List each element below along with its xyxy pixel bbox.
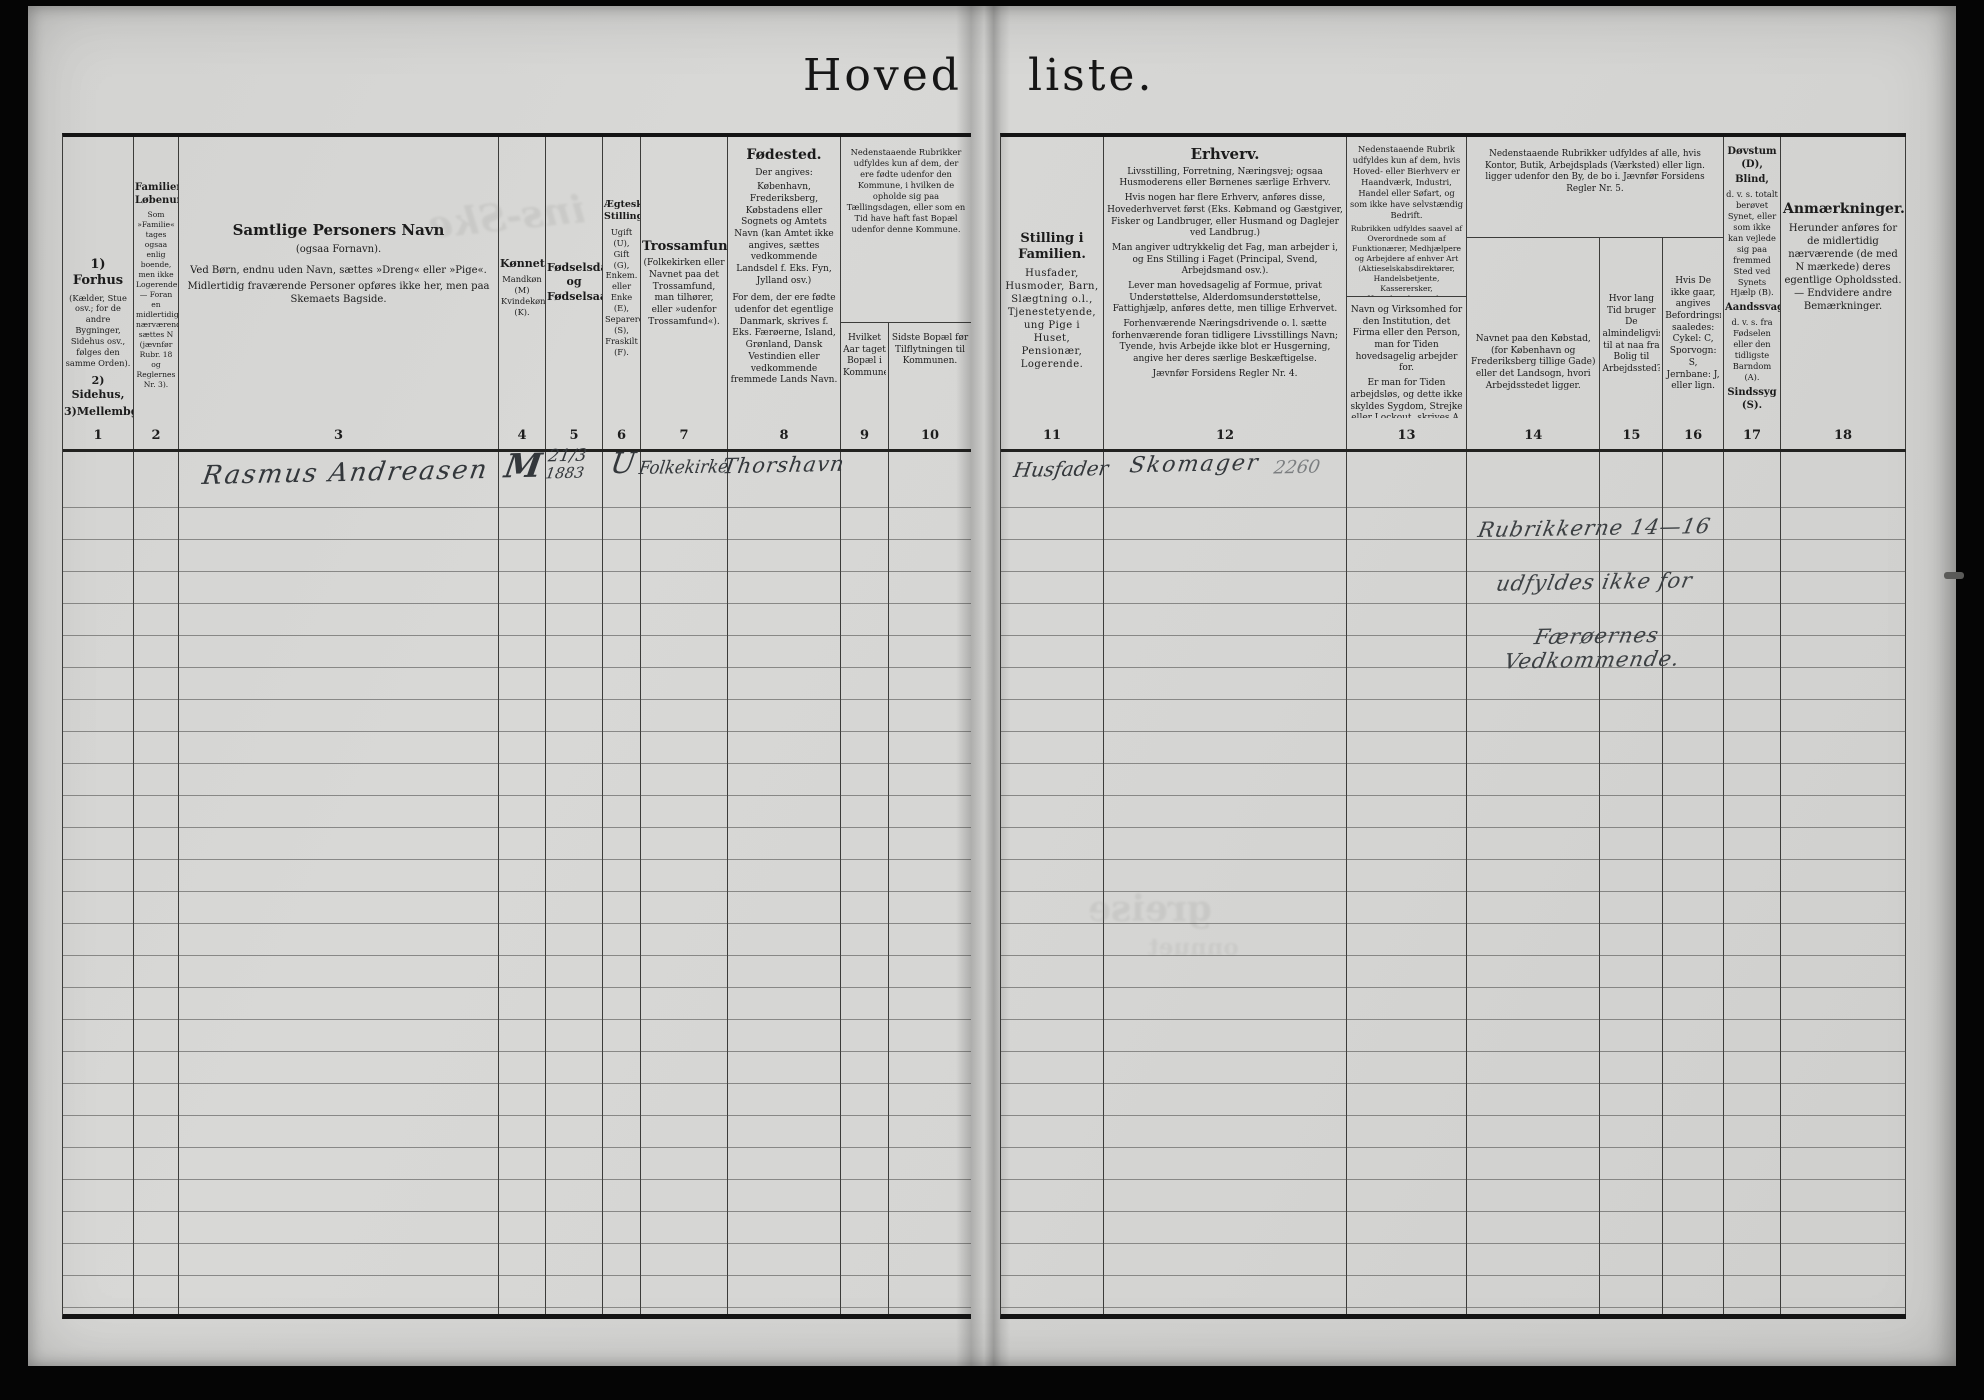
col17-t2: Blind, [1725, 173, 1779, 186]
col7-text: (Folkekirken eller Navnet paa det Trossa… [643, 258, 725, 328]
group-14-16-shared-header: Nedenstaaende Rubrikker udfyldes af alle… [1467, 137, 1723, 238]
column-9: Hvilket Aar taget Bopæl i Kommunen? 9 [841, 323, 889, 1314]
right-page-table: Stilling i Familien. Husfader, Husmoder,… [1000, 133, 1906, 1319]
column-number-2: 2 [134, 418, 178, 452]
column-1-forhus: 1) Forhus (Kælder, Stue osv.; for de and… [63, 137, 134, 1314]
col7-title: Trossamfund [642, 239, 726, 255]
column-number-7: 7 [641, 418, 727, 452]
col13-bottom1: Navn og Virksomhed for den Institution, … [1349, 305, 1464, 375]
col5-title: Fødselsdag og Fødselsaar. [547, 261, 601, 304]
col12-title: Erhverv. [1106, 145, 1344, 164]
col17-b1: d. v. s. totalt berøvet Synet, eller som… [1726, 189, 1778, 298]
column-14: Navnet paa den Købstad, (for København o… [1467, 238, 1600, 1314]
column-4-konnet: Kønnet Mandkøn (M) Kvindekøn (K). 4 [499, 137, 546, 1314]
column-8-fodested: Fødested. Der angives: København, Freder… [728, 137, 841, 1314]
column-number-17: 17 [1724, 418, 1780, 452]
column-header-3: Samtlige Personers Navn (ogsaa Fornavn).… [179, 137, 498, 418]
column-2-lobenumre: Familiernes Løbenumre. Som »Familie« tag… [134, 137, 179, 1314]
col8-text2: For dem, der ere fødte udenfor det egent… [730, 293, 838, 387]
entry-family-position-handwriting: Husfader [1012, 456, 1110, 482]
column-number-10: 10 [889, 418, 971, 452]
column-16: Hvis De ikke gaar, angives Befordringsmi… [1663, 238, 1723, 1314]
col13-top2: Rubrikken udfyldes saavel af Overordnede… [1349, 224, 1464, 297]
column-number-12: 12 [1104, 418, 1346, 452]
entry-religion-handwriting: Folkekirke [637, 456, 729, 479]
column-15: Hvor lang Tid bruger De almindeligvis ti… [1600, 238, 1663, 1314]
entry-pencil-number: 2260 [1272, 457, 1321, 479]
col17-t1: Døvstum (D), [1725, 145, 1779, 171]
column-number-11: 11 [1001, 418, 1103, 452]
column-header-13: Nedenstaaende Rubrik udfyldes kun af dem… [1347, 137, 1466, 418]
column-number-18: 18 [1781, 418, 1905, 452]
column-13-arbejdsgiver: Nedenstaaende Rubrik udfyldes kun af dem… [1347, 137, 1467, 1314]
col4-text: Mandkøn (M) Kvindekøn (K). [501, 274, 543, 318]
entry-birth-year: 1883 [544, 466, 585, 482]
column-number-13: 13 [1347, 418, 1466, 452]
column-5-fodselsdag: Fødselsdag og Fødselsaar. 5 [546, 137, 603, 1314]
column-header-14: Navnet paa den Købstad, (for København o… [1471, 238, 1595, 418]
entry-birthdate-handwriting: 21/3 1883 [544, 448, 587, 482]
col12-p4: Lever man hovedsagelig af Formue, privat… [1106, 281, 1344, 316]
col11-text: Husfader, Husmoder, Barn, Slægtning o.l.… [1004, 267, 1100, 371]
col12-p3: Man angiver udtrykkelig det Fag, man arb… [1106, 243, 1344, 278]
column-header-2: Familiernes Løbenumre. Som »Familie« tag… [134, 137, 178, 418]
col3-sub: (ogsaa Fornavn). [182, 243, 495, 256]
entry-name-handwriting: Rasmus Andreasen [200, 455, 491, 491]
column-header-12: Erhverv. Livsstilling, Forretning, Nærin… [1104, 137, 1346, 418]
handwritten-note: Rubrikkerne 14—16 udfyldes ikke for Færø… [1466, 516, 1723, 702]
col1-line2: 2) Sidehus, [64, 374, 132, 403]
col4-title: Kønnet [500, 257, 544, 271]
column-header-9: Hvilket Aar taget Bopæl i Kommunen? [843, 323, 886, 418]
column-number-15: 15 [1600, 418, 1662, 452]
col13-bottom2: Er man for Tiden arbejdsløs, og dette ik… [1349, 378, 1464, 418]
column-7-trossamfund: Trossamfund (Folkekirken eller Navnet pa… [641, 137, 728, 1314]
column-3-navn: Samtlige Personers Navn (ogsaa Fornavn).… [179, 137, 499, 1314]
header-body-divider [1001, 449, 1906, 452]
column-header-16: Hvis De ikke gaar, angives Befordringsmi… [1665, 238, 1721, 418]
column-18-anmaerkninger: Anmærkninger. Herunder anføres for de mi… [1781, 137, 1906, 1314]
page-title-right: liste. [1028, 50, 1154, 101]
column-17-helbred: Døvstum (D), Blind, d. v. s. totalt berø… [1724, 137, 1781, 1314]
column-header-6: Ægteskabelig Stilling. Ugift (U), Gift (… [603, 137, 640, 418]
column-header-4: Kønnet Mandkøn (M) Kvindekøn (K). [499, 137, 545, 418]
group-9-10-shared-header: Nedenstaaende Rubrikker udfyldes kun af … [841, 137, 971, 323]
col17-t4: Sindssyg (S). [1725, 386, 1779, 412]
scan-edge-mark [1944, 572, 1964, 579]
note-line-1: Rubrikkerne 14—16 [1463, 514, 1726, 542]
col8-sub: Der angives: [730, 168, 838, 180]
column-number-14: 14 [1467, 418, 1599, 452]
note-line-2: udfyldes ikke for [1463, 568, 1726, 596]
col3-text1: Ved Børn, endnu uden Navn, sættes »Dreng… [182, 264, 495, 277]
col1-text: (Kælder, Stue osv.; for de andre Bygning… [65, 293, 131, 370]
column-header-18: Anmærkninger. Herunder anføres for de mi… [1781, 137, 1905, 418]
entry-occupation-handwriting: Skomager [1128, 451, 1262, 479]
entry-sex-handwriting: M [502, 446, 545, 486]
col13-top1: Nedenstaaende Rubrik udfyldes kun af dem… [1349, 144, 1464, 221]
column-header-17: Døvstum (D), Blind, d. v. s. totalt berø… [1724, 137, 1780, 418]
column-header-1: 1) Forhus (Kælder, Stue osv.; for de and… [63, 137, 133, 418]
col12-p6: Jævnfør Forsidens Regler Nr. 4. [1106, 369, 1344, 381]
col2-title: Familiernes Løbenumre. [135, 181, 177, 207]
column-header-15: Hvor lang Tid bruger De almindeligvis ti… [1602, 238, 1660, 418]
column-header-7: Trossamfund (Folkekirken eller Navnet pa… [641, 137, 727, 418]
entry-birthplace-handwriting: Thorshavn [721, 452, 847, 479]
column-number-1: 1 [63, 418, 133, 452]
column-group-14-16: Nedenstaaende Rubrikker udfyldes af alle… [1467, 137, 1724, 1314]
col3-text2: Midlertidig fraværende Personer opføres … [182, 280, 495, 306]
col8-text1: København, Frederiksberg, Købstadens ell… [730, 182, 838, 287]
column-number-8: 8 [728, 418, 840, 452]
column-12-erhverv: Erhverv. Livsstilling, Forretning, Nærin… [1104, 137, 1347, 1314]
col12-p1: Livsstilling, Forretning, Næringsvej; og… [1106, 167, 1344, 190]
column-header-11: Stilling i Familien. Husfader, Husmoder,… [1001, 137, 1103, 418]
column-number-3: 3 [179, 418, 498, 452]
col8-title: Fødested. [730, 147, 838, 165]
left-page-table: 1) Forhus (Kælder, Stue osv.; for de and… [62, 133, 971, 1319]
col1-line3: 3)Mellembgn. [64, 405, 132, 418]
column-6-aegteskabelig: Ægteskabelig Stilling. Ugift (U), Gift (… [603, 137, 641, 1314]
col18-text: Herunder anføres for de midlertidig nærv… [1784, 222, 1902, 313]
column-number-16: 16 [1663, 418, 1723, 452]
page-title-left: Hoved [803, 50, 962, 101]
col17-t3: Aandssvag, [1725, 301, 1779, 314]
note-line-3: Færøernes Vedkommende. [1461, 622, 1728, 674]
col1-title: 1) Forhus [64, 257, 132, 290]
col6-text: Ugift (U), Gift (G), Enkem. eller Enke (… [605, 227, 638, 358]
column-11-stilling: Stilling i Familien. Husfader, Husmoder,… [1001, 137, 1104, 1314]
col3-title: Samtlige Personers Navn [181, 221, 496, 240]
scanned-census-page: Hoved liste. ins-Ske greise onnuet 1) Fo… [0, 0, 1984, 1400]
paper-sheet: Hoved liste. ins-Ske greise onnuet 1) Fo… [28, 6, 1956, 1366]
column-header-5: Fødselsdag og Fødselsaar. [546, 137, 602, 418]
col12-p2: Hvis nogen har flere Erhverv, anføres di… [1106, 193, 1344, 240]
column-number-9: 9 [841, 418, 888, 452]
col6-title: Ægteskabelig Stilling. [604, 199, 639, 224]
column-header-10: Sidste Bopæl før Tilflytningen til Kommu… [891, 323, 969, 418]
column-10: Sidste Bopæl før Tilflytningen til Kommu… [889, 323, 971, 1314]
column-header-8: Fødested. Der angives: København, Freder… [728, 137, 840, 418]
col11-title: Stilling i Familien. [1002, 231, 1102, 264]
col2-text: Som »Familie« tages ogsaa enlig boende, … [136, 210, 176, 390]
column-group-9-10: Nedenstaaende Rubrikker udfyldes kun af … [841, 137, 971, 1314]
col18-title: Anmærkninger. [1783, 201, 1903, 219]
col17-b2: d. v. s. fra Fødselen eller den tidligst… [1726, 317, 1778, 383]
col12-p5: Forhenværende Næringsdrivende o. l. sætt… [1106, 319, 1344, 366]
